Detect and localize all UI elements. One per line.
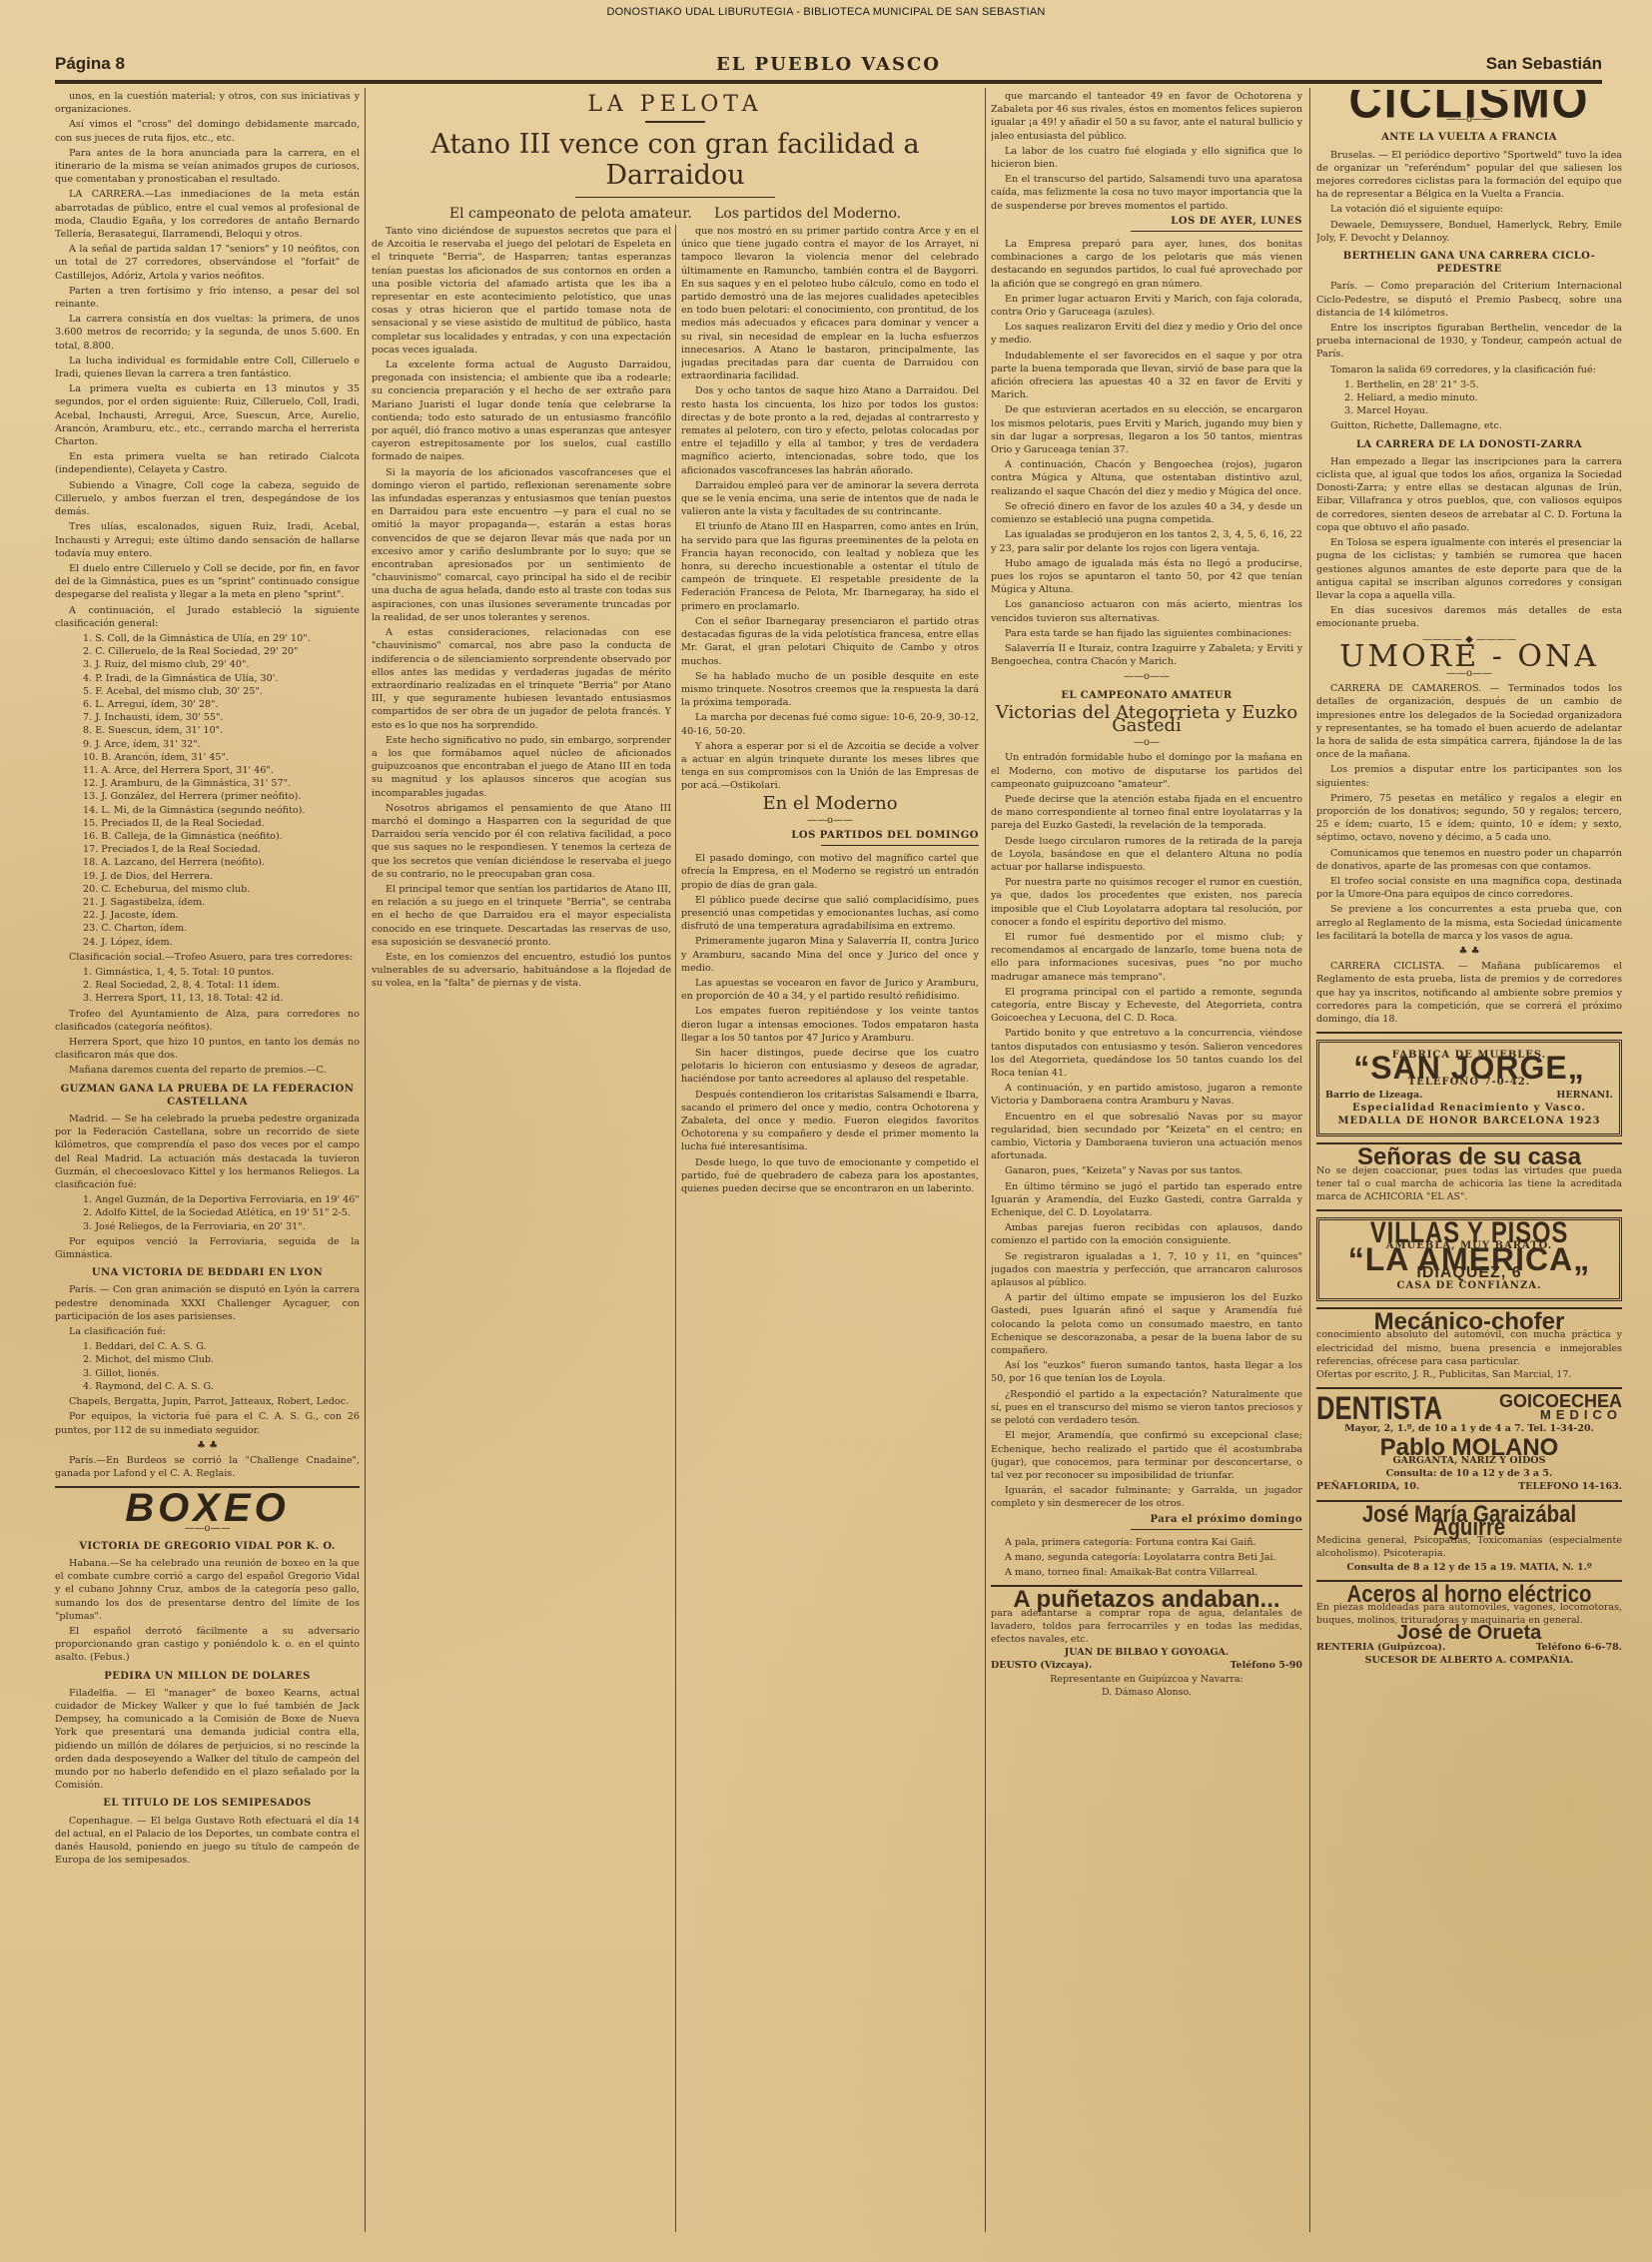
list-item: 8. E. Suescun, ídem, 31' 10". bbox=[83, 724, 360, 737]
ad-punetazos-rep: Representante en Guipúzcoa y Navarra: bbox=[991, 1673, 1302, 1686]
list-item: 15. Preciados II, de la Real Sociedad. bbox=[83, 817, 360, 830]
vuelta-body: Bruselas. — El periódico deportivo "Spor… bbox=[1316, 149, 1622, 245]
vidal-body: Habana.—Se ha celebrado una reunión de b… bbox=[55, 1557, 360, 1665]
ad-senoras-body: No se dejen coaccionar, pues todas las v… bbox=[1316, 1164, 1622, 1204]
newspaper-title: EL PUEBLO VASCO bbox=[55, 54, 1602, 75]
pelota-section-header: LA PELOTA Atano III vence con gran facil… bbox=[372, 92, 979, 222]
ad-garaizabal-hours: Consulta de 8 a 12 y de 15 a 19. MATIA, … bbox=[1316, 1561, 1622, 1574]
paragraph: Bruselas. — El periódico deportivo "Spor… bbox=[1316, 149, 1622, 202]
ad-senoras-title: Señoras de su casa bbox=[1316, 1150, 1622, 1163]
paragraph: De que estuvieran acertados en su elecci… bbox=[991, 403, 1302, 456]
masthead-city: San Sebastián bbox=[1486, 54, 1602, 74]
list-item: 1. Berthelin, en 28' 21" 3-5. bbox=[1344, 378, 1622, 391]
list-item: 1. Beddari, del C. A. S. G. bbox=[83, 1340, 360, 1353]
guzman-list: 1. Angel Guzmán, de la Deportiva Ferrovi… bbox=[83, 1193, 360, 1233]
list-item: 22. J. Jacoste, ídem. bbox=[83, 909, 360, 922]
guzman-heading: GUZMAN GANA LA PRUEBA DE LA FEDERACION C… bbox=[55, 1083, 360, 1109]
paragraph: Tomaron la salida 69 corredores, y la cl… bbox=[1316, 364, 1622, 377]
umore-ona-title: UMORE - ONA bbox=[1316, 650, 1622, 663]
paragraph: LA CARRERA.—Las inmediaciones de la meta… bbox=[55, 188, 360, 241]
paragraph: En Tolosa se espera igualmente con inter… bbox=[1316, 536, 1622, 602]
ad-dentista: DENTISTA GOICOECHEA MEDICO Mayor, 2, 1.º… bbox=[1316, 1395, 1622, 1435]
paragraph: Desde luego, lo que tuvo de emocionante … bbox=[681, 1156, 979, 1196]
domingo-heading: LOS PARTIDOS DEL DOMINGO bbox=[681, 829, 979, 842]
guzman-end: Por equipos venció la Ferroviaria, segui… bbox=[55, 1235, 360, 1261]
ad-punetazos-location: DEUSTO (Vizcaya). bbox=[991, 1659, 1092, 1672]
paragraph: A partir del último empate se impusieron… bbox=[991, 1291, 1302, 1357]
paragraph: Salaverría II e Ituraiz, contra Izaguirr… bbox=[991, 642, 1302, 668]
list-item: 21. J. Sagastibelza, ídem. bbox=[83, 896, 360, 909]
paragraph: Subiendo a Vinagre, Coll coge la cabeza,… bbox=[55, 479, 360, 519]
paragraph: En el transcurso del partido, Salsamendi… bbox=[991, 173, 1302, 213]
pelota-article-continued: que nos mostró en su primer partido cont… bbox=[681, 225, 979, 793]
paragraph: Y ahora a esperar por si el de Azcoitia … bbox=[681, 740, 979, 793]
millon-body: Filadelfia. — El "manager" de boxeo Kear… bbox=[55, 1687, 360, 1793]
paragraph: ¿Respondió el partido a la expectación? … bbox=[991, 1388, 1302, 1428]
ad-punetazos: A puñetazos andaban... para adelantarse … bbox=[991, 1593, 1302, 1699]
paragraph: A mano, segunda categoría: Loyolatarra c… bbox=[991, 1551, 1302, 1564]
paragraph: A continuación, y en partido amistoso, j… bbox=[991, 1082, 1302, 1108]
paragraph: Para antes de la hora anunciada para la … bbox=[55, 147, 360, 187]
ad-villas-pisos: VILLAS Y PISOS AMUEBLA, MUY BARATO. “LA … bbox=[1316, 1217, 1622, 1301]
ad-san-jorge-specialty: Especialidad Renacimiento y Vasco. bbox=[1325, 1102, 1613, 1115]
paragraph: El rumor fué desmentido por el mismo clu… bbox=[991, 931, 1302, 984]
vuelta-heading: ANTE LA VUELTA A FRANCIA bbox=[1316, 131, 1622, 144]
ad-molano-hours: Consulta: de 10 a 12 y de 3 a 5. bbox=[1316, 1467, 1622, 1480]
ornament-icon: ♣ ♣ bbox=[55, 1439, 360, 1452]
ad-san-jorge: FABRICA DE MUEBLES. “SAN JORGE„ TELEFONO… bbox=[1316, 1040, 1622, 1136]
list-item: 2. Adolfo Kittel, de la Sociedad Atlétic… bbox=[83, 1206, 360, 1219]
ciclismo-logo: CICLISMO bbox=[1316, 93, 1622, 108]
heading-rule bbox=[1131, 1529, 1302, 1530]
list-item: 3. J. Ruiz, del mismo club, 29' 40". bbox=[83, 658, 360, 671]
list-item: 14. L. Mi, de la Gimnástica (segundo neó… bbox=[83, 804, 360, 817]
amateur-kicker: EL CAMPEONATO AMATEUR bbox=[991, 689, 1302, 702]
list-item: 3. José Reliegos, de la Ferroviaria, en … bbox=[83, 1220, 360, 1233]
beddari-intro: La clasificación fué: bbox=[55, 1325, 360, 1338]
ad-aceros-title: Aceros al horno eléctrico bbox=[1339, 1588, 1599, 1601]
main-headline: Atano III vence con gran facilidad a Dar… bbox=[372, 129, 979, 191]
column-4: que marcando el tanteador 49 en favor de… bbox=[991, 90, 1302, 2237]
list-item: 2. Real Sociedad, 2, 8, 4. Total: 11 íde… bbox=[83, 979, 360, 992]
list-item: 3. Gillot, lionés. bbox=[83, 1367, 360, 1380]
berthelin-heading: BERTHELIN GANA UNA CARRERA CICLO-PEDESTR… bbox=[1316, 250, 1622, 276]
paragraph: Los empates fueron repitiéndose y los ve… bbox=[681, 1005, 979, 1045]
paragraph: La carrera consistía en dos vueltas: la … bbox=[55, 313, 360, 353]
paragraph: La votación dió el siguiente equipo: bbox=[1316, 203, 1622, 216]
list-item: 5. F. Acebal, del mismo club, 30' 25". bbox=[83, 685, 360, 698]
paragraph: Después contendieron los critaristas Sal… bbox=[681, 1089, 979, 1154]
paragraph: A estas consideraciones, relacionadas co… bbox=[372, 626, 671, 732]
paragraph: La labor de los cuatro fué elogiada y el… bbox=[991, 145, 1302, 171]
list-item: 11. A. Arce, del Herrera Sport, 31' 46". bbox=[83, 764, 360, 777]
paragraph: Se ofreció dinero en favor de los azules… bbox=[991, 500, 1302, 526]
paragraph: Puede decirse que la atención estaba fij… bbox=[991, 793, 1302, 833]
paragraph: Iguarán, el sacador fulminante; y Garral… bbox=[991, 1484, 1302, 1510]
ornament-divider: ——o—— bbox=[681, 814, 979, 827]
list-item: 13. J. González, del Herrera (primer neó… bbox=[83, 790, 360, 803]
paragraph: El pasado domingo, con motivo del magníf… bbox=[681, 852, 979, 892]
list-item: 17. Preciados I, de la Real Sociedad. bbox=[83, 843, 360, 856]
berthelin-body: París. — Como preparación del Criterium … bbox=[1316, 280, 1622, 376]
ad-san-jorge-address-right: HERNANI. bbox=[1556, 1089, 1613, 1102]
paragraph: Se registraron igualadas a 1, 7, 10 y 11… bbox=[991, 1250, 1302, 1290]
list-item: 7. J. Inchausti, ídem, 30' 55". bbox=[83, 711, 360, 724]
paragraph: Las igualadas se produjeron en los tanto… bbox=[991, 528, 1302, 554]
cross-report: unos, en la cuestión material; y otros, … bbox=[55, 90, 360, 630]
vidal-heading: VICTORIA DE GREGORIO VIDAL POR K. O. bbox=[55, 1540, 360, 1553]
masthead: Página 8 EL PUEBLO VASCO San Sebastián bbox=[55, 50, 1602, 80]
semipesados-heading: EL TITULO DE LOS SEMIPESADOS bbox=[55, 1797, 360, 1810]
paragraph: que nos mostró en su primer partido cont… bbox=[681, 225, 979, 382]
match-continued: que marcando el tanteador 49 en favor de… bbox=[991, 90, 1302, 213]
burdeos-note: París.—En Burdeos se corrió la "Challeng… bbox=[55, 1454, 360, 1480]
paragraph: En primer lugar actuaron Erviti y Marich… bbox=[991, 293, 1302, 319]
berthelin-list: 1. Berthelin, en 28' 21" 3-5.2. Heliard,… bbox=[1344, 378, 1622, 418]
list-item: 24. J. López, ídem. bbox=[83, 936, 360, 949]
paragraph: En último término se jugó el partido tan… bbox=[991, 1180, 1302, 1220]
beddari-list: 1. Beddari, del C. A. S. G.2. Michot, de… bbox=[83, 1340, 360, 1393]
moderno-report: El pasado domingo, con motivo del magníf… bbox=[681, 852, 979, 1195]
ad-san-jorge-address-left: Barrio de Lizeaga. bbox=[1325, 1089, 1422, 1102]
paragraph: El programa principal con el partido a r… bbox=[991, 986, 1302, 1026]
paragraph: Las apuestas se vocearon en favor de Jur… bbox=[681, 977, 979, 1003]
paragraph: Este hecho significativo no pudo, sin em… bbox=[372, 734, 671, 800]
paragraph: Indudablemente el ser favorecidos en el … bbox=[991, 350, 1302, 402]
column-divider bbox=[985, 88, 986, 2232]
heading-rule bbox=[1131, 231, 1302, 232]
list-item: 10. B. Arancón, ídem, 31' 45". bbox=[83, 751, 360, 764]
donosti-body: Han empezado a llegar las inscripciones … bbox=[1316, 455, 1622, 631]
list-item: 23. C. Charton, ídem. bbox=[83, 922, 360, 935]
ad-villas-tagline: CASA DE CONFIANZA. bbox=[1325, 1279, 1613, 1292]
ad-garaizabal-name: José María Garaizábal Aguirre bbox=[1339, 1508, 1599, 1534]
paragraph: Herrera Sport, que hizo 10 puntos, en ta… bbox=[55, 1036, 360, 1062]
paragraph: Ganaron, pues, "Keizeta" y Navas por sus… bbox=[991, 1164, 1302, 1177]
library-banner: DONOSTIAKO UDAL LIBURUTEGIA - BIBLIOTECA… bbox=[0, 6, 1652, 18]
ornament-icon: ♣ ♣ bbox=[1316, 945, 1622, 958]
proximo-list: A pala, primera categoría: Fortuna contr… bbox=[991, 1536, 1302, 1580]
boxeo-logo: BOXEO bbox=[55, 1502, 360, 1515]
column-divider bbox=[365, 88, 366, 2232]
amateur-title: Victorias del Ategorrieta y Euzko Gasted… bbox=[991, 706, 1302, 732]
list-item: 2. Michot, del mismo Club. bbox=[83, 1353, 360, 1366]
masthead-rule bbox=[55, 80, 1602, 84]
paragraph: El principal temor que sentían los parti… bbox=[372, 883, 671, 949]
paragraph: Sin hacer distingos, puede decirse que l… bbox=[681, 1047, 979, 1087]
paragraph: Hubo amago de igualada más ésta no llegó… bbox=[991, 557, 1302, 597]
millon-heading: PEDIRA UN MILLON DE DOLARES bbox=[55, 1670, 360, 1683]
paragraph: Desde luego circularon rumores de la ret… bbox=[991, 835, 1302, 875]
ornament-divider: ——o—— bbox=[991, 670, 1302, 683]
paragraph: Tres ulías, escalonados, siguen Ruiz, Ir… bbox=[55, 520, 360, 560]
paragraph: Por nuestra parte no quisimos recoger el… bbox=[991, 876, 1302, 929]
heading-rule bbox=[821, 845, 979, 846]
paragraph: que marcando el tanteador 49 en favor de… bbox=[991, 90, 1302, 143]
ad-mecanico-body: conocimiento absoluto del automóvil, con… bbox=[1316, 1328, 1622, 1368]
paragraph: Habana.—Se ha celebrado una reunión de b… bbox=[55, 1557, 360, 1623]
ayer-heading: LOS DE AYER, LUNES bbox=[991, 215, 1302, 228]
ad-aceros-location: RENTERIA (Guipúzcoa). bbox=[1316, 1641, 1445, 1654]
column-5: CICLISMO ——o—— ANTE LA VUELTA A FRANCIA … bbox=[1316, 90, 1622, 2247]
subheadings: El campeonato de pelota amateur. Los par… bbox=[372, 206, 979, 222]
moderno-title: En el Moderno bbox=[681, 797, 979, 810]
ad-punetazos-title: A puñetazos andaban... bbox=[991, 1593, 1302, 1606]
ornament-divider bbox=[575, 197, 775, 198]
paragraph: La Empresa preparó para ayer, lunes, dos… bbox=[991, 238, 1302, 291]
general-classification: 1. S. Coll, de la Gimnástica de Ulía, en… bbox=[83, 632, 360, 949]
paragraph: Comunicamos que tenemos en nuestro poder… bbox=[1316, 847, 1622, 873]
ad-punetazos-body: para adelantarse a comprar ropa de agua,… bbox=[991, 1607, 1302, 1647]
paragraph: La excelente forma actual de Augusto Dar… bbox=[372, 359, 671, 464]
paragraph: El trofeo social consiste en una magnífi… bbox=[1316, 875, 1622, 901]
paragraph: Se previene a los concurrentes a esta pr… bbox=[1316, 903, 1622, 943]
paragraph: Ambas parejas fueron recibidas con aplau… bbox=[991, 1221, 1302, 1247]
ad-aceros-phone: Teléfono 6-6-78. bbox=[1536, 1641, 1622, 1654]
paragraph: Mañana daremos cuenta del reparto de pre… bbox=[55, 1064, 360, 1077]
paragraph: Así vimos el "cross" del domingo debidam… bbox=[55, 118, 360, 144]
list-item: 9. J. Arce, ídem, 31' 32". bbox=[83, 738, 360, 751]
list-item: 16. B. Calleja, de la Gimnástica (neófit… bbox=[83, 830, 360, 843]
ad-garaizabal: José María Garaizábal Aguirre Medicina g… bbox=[1316, 1508, 1622, 1574]
carrera-ciclista: CARRERA CICLISTA. — Mañana publicaremos … bbox=[1316, 960, 1622, 1026]
ad-san-jorge-award: MEDALLA DE HONOR BARCELONA 1923 bbox=[1325, 1115, 1613, 1128]
list-item: 4. Raymond, del C. A. S. G. bbox=[83, 1380, 360, 1393]
ad-punetazos-phone: Teléfono 5-90 bbox=[1231, 1659, 1302, 1672]
beddari-heading: UNA VICTORIA DE BEDDARI EN LYON bbox=[55, 1266, 360, 1279]
paragraph: CARRERA DE CAMAREROS. — Terminados todos… bbox=[1316, 682, 1622, 761]
ad-san-jorge-address: Barrio de Lizeaga. HERNANI. bbox=[1325, 1089, 1613, 1102]
paragraph: Si la mayoría de los aficionados vascofr… bbox=[372, 466, 671, 624]
ad-punetazos-rep-name: D. Dámaso Alonso. bbox=[991, 1686, 1302, 1699]
paragraph: A mano, torneo final: Amaikak-Bat contra… bbox=[991, 1566, 1302, 1579]
paragraph: El duelo entre Cilleruelo y Coll se deci… bbox=[55, 562, 360, 602]
ad-molano-contact: PEÑAFLORIDA, 10. TELEFONO 14-163. bbox=[1316, 1480, 1622, 1493]
paragraph: Los ganancioso actuaron con más acierto,… bbox=[991, 598, 1302, 624]
paragraph: La marcha por decenas fué como sigue: 10… bbox=[681, 711, 979, 737]
paragraph: Este, en los comienzos del encuentro, es… bbox=[372, 951, 671, 991]
ornament-divider: ——o—— bbox=[55, 1522, 360, 1535]
umore-ona-body: CARRERA DE CAMAREROS. — Terminados todos… bbox=[1316, 682, 1622, 943]
column-1: unos, en la cuestión material; y otros, … bbox=[55, 90, 360, 2237]
paragraph: Para esta tarde se han fijado las siguie… bbox=[991, 627, 1302, 640]
ad-molano-address: PEÑAFLORIDA, 10. bbox=[1316, 1480, 1419, 1493]
subhead-moderno: Los partidos del Moderno. bbox=[714, 206, 901, 222]
paragraph: Con el señor Ibarnegaray presenciaron el… bbox=[681, 615, 979, 668]
paragraph: Así los "euzkos" fueron sumando tantos, … bbox=[991, 1359, 1302, 1385]
paragraph: Darraidou empleó para ver de aminorar la… bbox=[681, 479, 979, 519]
ad-molano-phone: TELEFONO 14-163. bbox=[1518, 1480, 1622, 1493]
list-item: 6. L. Arregui, ídem, 30' 28". bbox=[83, 698, 360, 711]
list-item: 3. Herrera Sport, 11, 13, 18. Total: 42 … bbox=[83, 992, 360, 1005]
guzman-body: Madrid. — Se ha celebrado la prueba pede… bbox=[55, 1113, 360, 1191]
paragraph: El triunfo de Atano III en Hasparren, co… bbox=[681, 520, 979, 612]
paragraph: A continuación, Chacón y Bengoechea (roj… bbox=[991, 458, 1302, 498]
list-item: 1. S. Coll, de la Gimnástica de Ulía, en… bbox=[83, 632, 360, 645]
list-item: 12. J. Aramburu, de la Gimnástica, 31' 5… bbox=[83, 777, 360, 790]
paragraph: El mejor, Aramendía, que confirmó su exc… bbox=[991, 1429, 1302, 1482]
ad-aceros-successor: SUCESOR DE ALBERTO A. COMPAÑIA. bbox=[1316, 1654, 1622, 1667]
paragraph: Un entradón formidable hubo el domingo p… bbox=[991, 751, 1302, 791]
paragraph: Trofeo del Ayuntamiento de Alza, para co… bbox=[55, 1008, 360, 1034]
ad-aceros: Aceros al horno eléctrico En piezas mold… bbox=[1316, 1588, 1622, 1667]
semipesados-body: Copenhague. — El belga Gustavo Roth efec… bbox=[55, 1815, 360, 1868]
ad-mecanico: Mecánico-chofer conocimiento absoluto de… bbox=[1316, 1315, 1622, 1381]
paragraph: En esta primera vuelta se han retirado C… bbox=[55, 450, 360, 476]
paragraph: A continuación, el Jurado estableció la … bbox=[55, 604, 360, 630]
list-item: 1. Angel Guzmán, de la Deportiva Ferrovi… bbox=[83, 1193, 360, 1206]
paragraph: Primeramente jugaron Mina y Salaverría I… bbox=[681, 935, 979, 975]
ad-san-jorge-name: “SAN JORGE„ bbox=[1325, 1062, 1613, 1075]
paragraph: Dos y ocho tantos de saque hizo Atano a … bbox=[681, 384, 979, 476]
list-item: 2. Heliard, a medio minuto. bbox=[1344, 391, 1622, 404]
social-intro: Clasificación social.—Trofeo Asuero, par… bbox=[55, 951, 360, 964]
ad-punetazos-contact: DEUSTO (Vizcaya). Teléfono 5-90 bbox=[991, 1659, 1302, 1672]
ad-villas-title: VILLAS Y PISOS bbox=[1354, 1226, 1584, 1239]
ad-molano-name: Pablo MOLANO bbox=[1316, 1441, 1622, 1454]
subhead-amateur: El campeonato de pelota amateur. bbox=[449, 206, 692, 222]
list-item: 19. J. de Dios, del Herrera. bbox=[83, 870, 360, 883]
ornament-rule bbox=[645, 121, 705, 123]
paragraph: unos, en la cuestión material; y otros, … bbox=[55, 90, 360, 116]
section-rule bbox=[1316, 1032, 1622, 1034]
paragraph: Encuentro en el que sobresalió Navas por… bbox=[991, 1111, 1302, 1163]
paragraph: Tanto vino diciéndose de supuestos secre… bbox=[372, 225, 671, 357]
list-item: 18. A. Lazcano, del Herrera (neófito). bbox=[83, 856, 360, 869]
paragraph: Parten a tren fortísimo y frío intenso, … bbox=[55, 285, 360, 311]
column-3: que nos mostró en su primer partido cont… bbox=[681, 225, 979, 2252]
berthelin-end: Guitton, Richette, Dallemagne, etc. bbox=[1316, 419, 1622, 432]
paragraph: Chapels, Bergatta, Jupin, Parrot, Jattea… bbox=[55, 1395, 360, 1408]
social-classification: 1. Gimnástica, 1, 4, 5. Total: 10 puntos… bbox=[83, 966, 360, 1006]
proximo-heading: Para el próximo domingo bbox=[991, 1513, 1302, 1526]
beddari-body: París. — Con gran animación se disputó e… bbox=[55, 1283, 360, 1323]
paragraph: El público puede decirse que salió compl… bbox=[681, 894, 979, 934]
paragraph: Entre los inscriptos figuraban Berthelin… bbox=[1316, 322, 1622, 362]
paragraph: Partido bonito y que entretuvo a la conc… bbox=[991, 1027, 1302, 1080]
paragraph: Se ha hablado mucho de un posible desqui… bbox=[681, 670, 979, 710]
ad-mecanico-title: Mecánico-chofer bbox=[1316, 1315, 1622, 1328]
list-item: 4. P. Iradi, de la Gimnástica de Ulía, 3… bbox=[83, 672, 360, 685]
ad-dentista-right: GOICOECHEA MEDICO bbox=[1499, 1395, 1622, 1421]
paragraph: El español derrotó fácilmente a su adver… bbox=[55, 1625, 360, 1665]
ad-dentista-big: DENTISTA bbox=[1316, 1402, 1442, 1415]
list-item: 2. C. Cilleruelo, de la Real Sociedad, 2… bbox=[83, 645, 360, 658]
paragraph: Nosotros abrigamos el pensamiento de que… bbox=[372, 802, 671, 881]
after-social: Trofeo del Ayuntamiento de Alza, para co… bbox=[55, 1008, 360, 1078]
paragraph: En días sucesivos daremos más detalles d… bbox=[1316, 604, 1622, 630]
column-divider bbox=[1309, 88, 1310, 2232]
beddari-end: Chapels, Bergatta, Jupin, Parrot, Jattea… bbox=[55, 1395, 360, 1437]
paragraph: Los saques realizaron Erviti del diez y … bbox=[991, 321, 1302, 347]
donosti-heading: LA CARRERA DE LA DONOSTI-ZARRA bbox=[1316, 438, 1622, 451]
paragraph: La primera vuelta es cubierta en 13 minu… bbox=[55, 382, 360, 448]
list-item: 1. Gimnástica, 1, 4, 5. Total: 10 puntos… bbox=[83, 966, 360, 979]
paragraph: A pala, primera categoría: Fortuna contr… bbox=[991, 1536, 1302, 1549]
paragraph: Han empezado a llegar las inscripciones … bbox=[1316, 455, 1622, 534]
list-item: 20. C. Echeburua, del mismo club. bbox=[83, 883, 360, 896]
amateur-report: Un entradón formidable hubo el domingo p… bbox=[991, 751, 1302, 1510]
ad-molano-specialty: GARGANTA, NARIZ Y OIDOS bbox=[1316, 1454, 1622, 1467]
ad-punetazos-company: JUAN DE BILBAO Y GOYOAGA. bbox=[991, 1646, 1302, 1659]
paragraph: Por equipos, la victoria fué para el C. … bbox=[55, 1410, 360, 1436]
paragraph: Madrid. — Se ha celebrado la prueba pede… bbox=[55, 1113, 360, 1191]
section-kicker: LA PELOTA bbox=[372, 92, 979, 117]
paragraph: A la señal de partida saldan 17 "seniors… bbox=[55, 243, 360, 283]
paragraph: Dewaele, Demuyssere, Bonduel, Hamerlyck,… bbox=[1316, 219, 1622, 245]
paragraph: La lucha individual es formidable entre … bbox=[55, 355, 360, 380]
ad-dentista-row: DENTISTA GOICOECHEA MEDICO bbox=[1316, 1395, 1622, 1421]
ad-aceros-company: José de Orueta bbox=[1316, 1627, 1622, 1640]
ayer-report: La Empresa preparó para ayer, lunes, dos… bbox=[991, 238, 1302, 668]
ad-mecanico-contact: Ofertas por escrito, J. R., Publicitas, … bbox=[1316, 1368, 1622, 1381]
paragraph: París. — Como preparación del Criterium … bbox=[1316, 280, 1622, 320]
paragraph: Los premios a disputar entre los partici… bbox=[1316, 763, 1622, 789]
ad-molano: Pablo MOLANO GARGANTA, NARIZ Y OIDOS Con… bbox=[1316, 1441, 1622, 1494]
column-2-pelota-article: Tanto vino diciéndose de supuestos secre… bbox=[372, 225, 671, 2252]
ad-senoras: Señoras de su casa No se dejen coacciona… bbox=[1316, 1150, 1622, 1203]
section-rule bbox=[1316, 1209, 1622, 1211]
column-divider bbox=[675, 225, 676, 2232]
ornament-divider: —o— bbox=[991, 736, 1302, 749]
paragraph: Primero, 75 pesetas en metálico y regalo… bbox=[1316, 792, 1622, 845]
list-item: 3. Marcel Hoyau. bbox=[1344, 404, 1622, 417]
